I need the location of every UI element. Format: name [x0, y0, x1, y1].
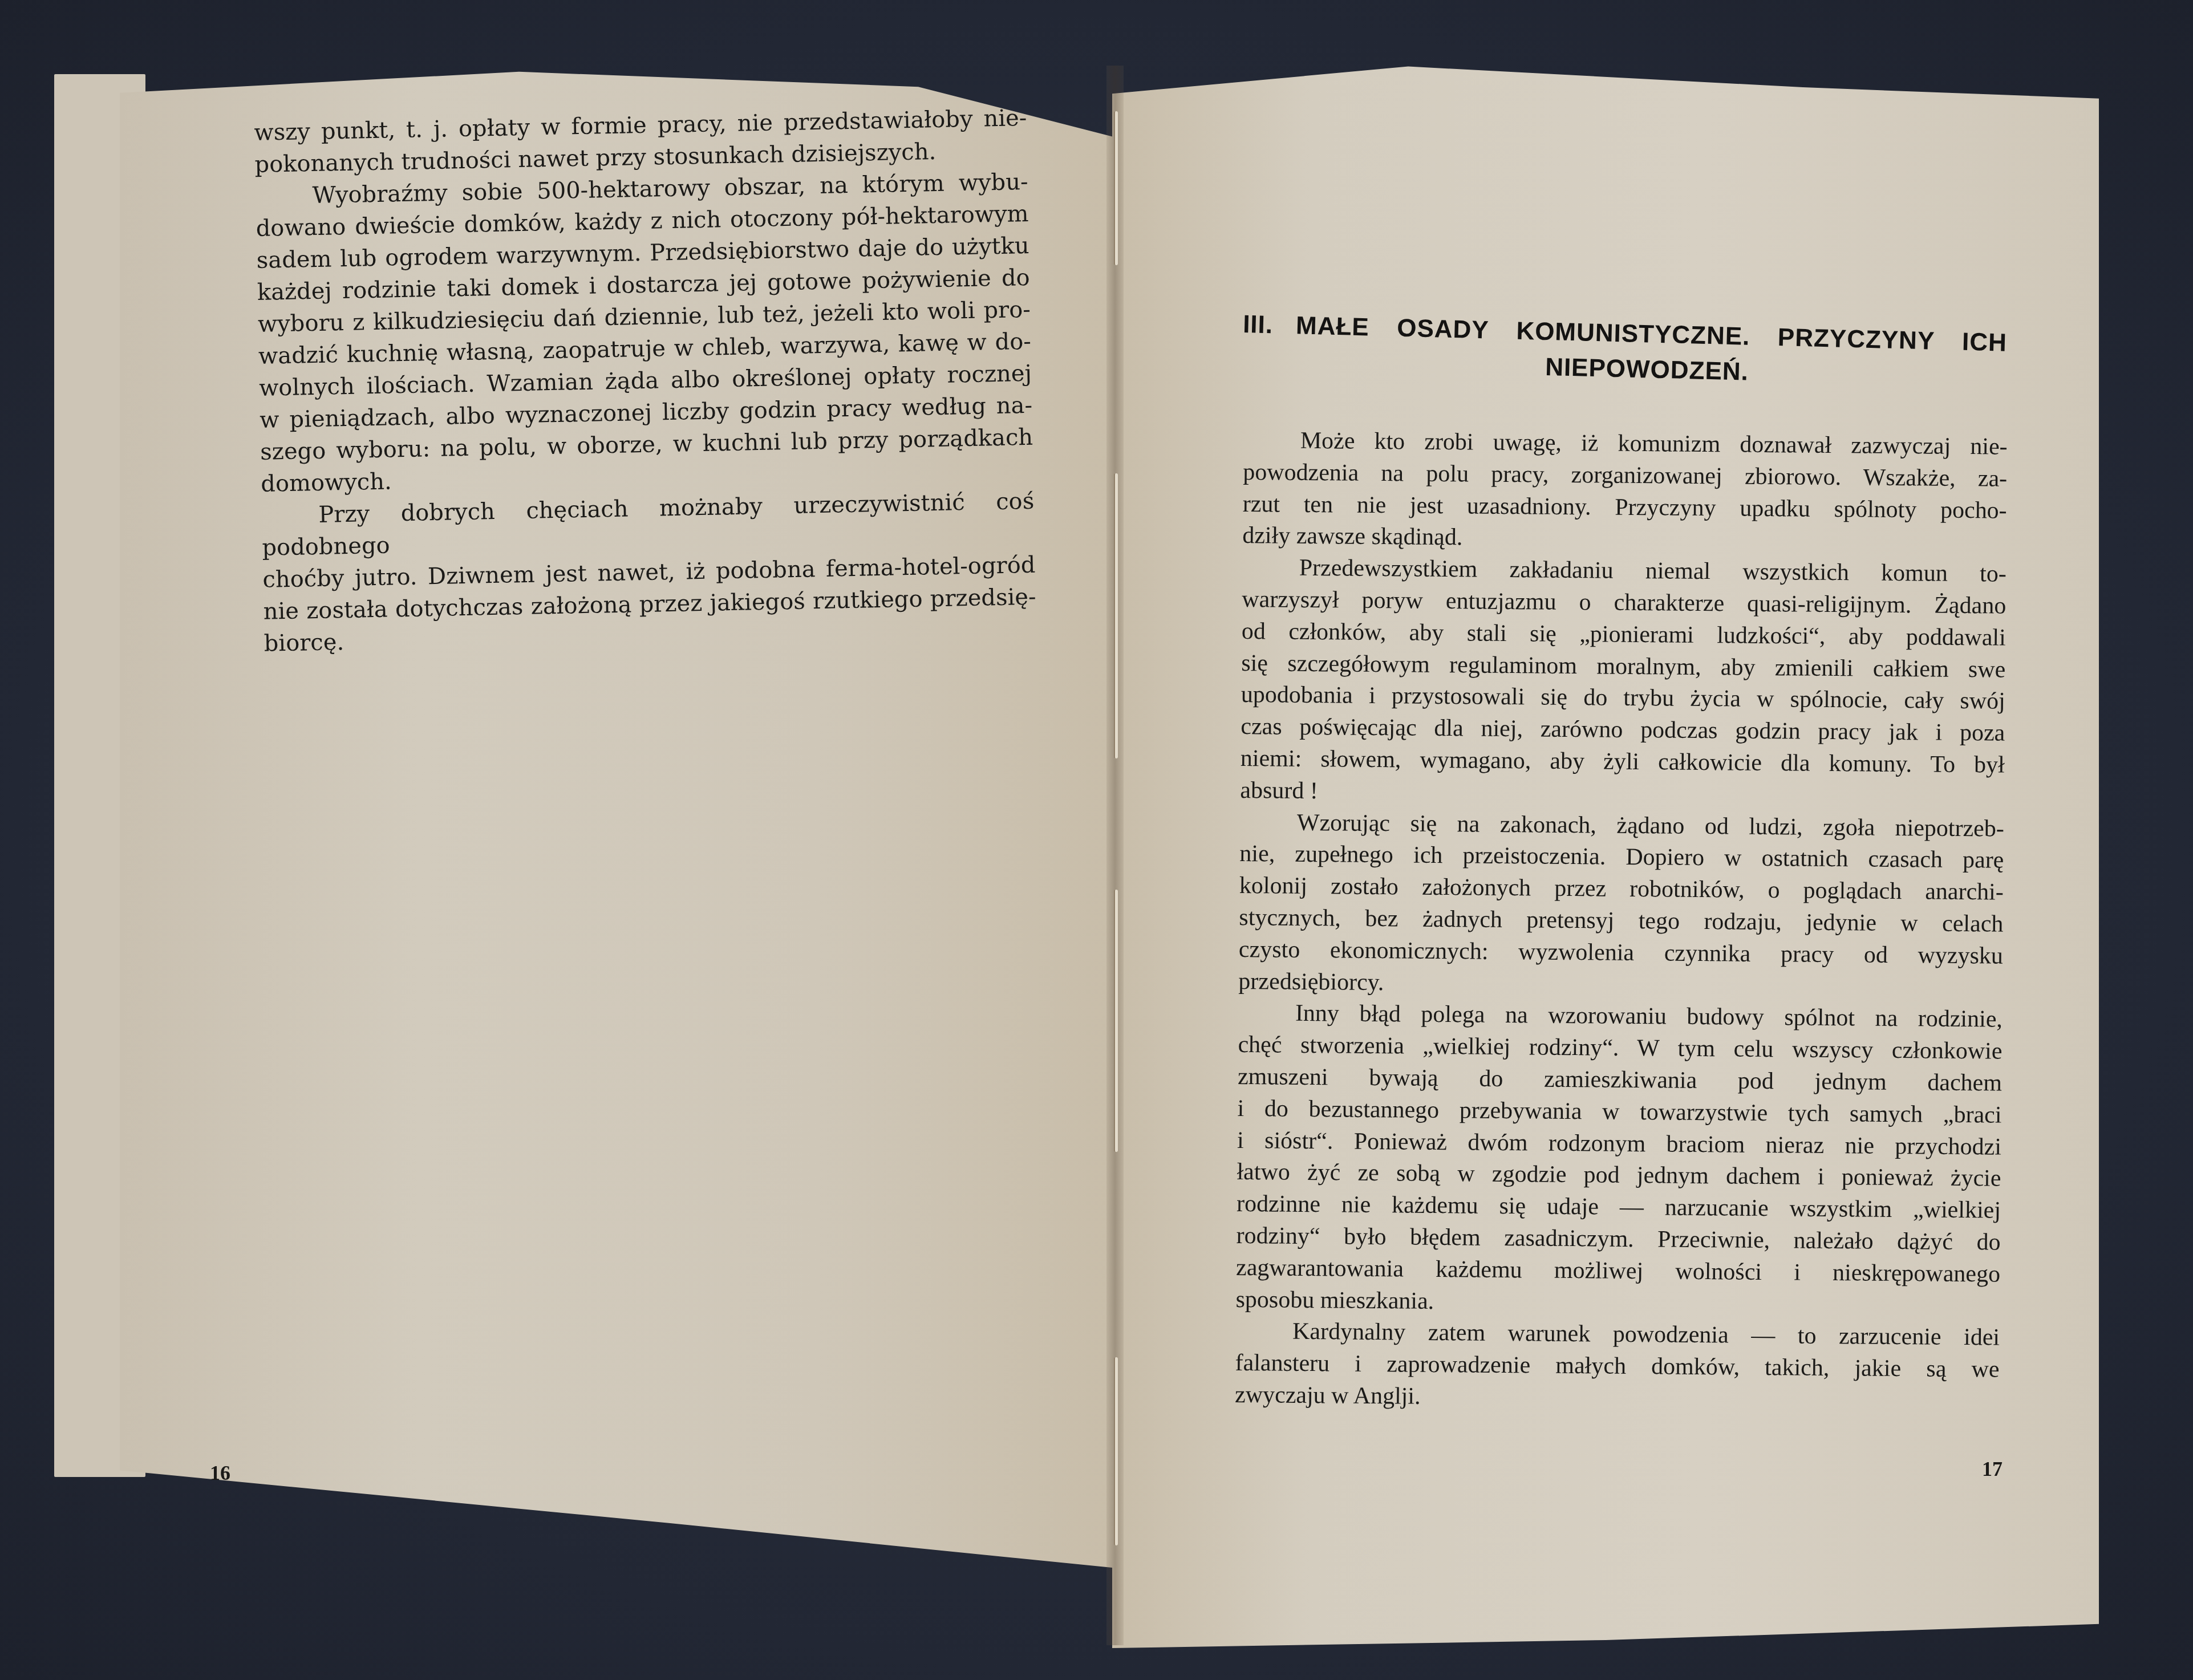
- text-line: zwyczaju w Anglji.: [1235, 1379, 1999, 1418]
- binding-thread-icon: [1114, 111, 1118, 265]
- chapter-number: III.: [1243, 310, 1274, 339]
- text-line: niemi: słowem, wymagano, aby żyli całkow…: [1241, 743, 2005, 781]
- right-page-body: Może kto zrobi uwagę, iż komunizm doznaw…: [1235, 425, 2008, 1418]
- paragraph: Przy dobrych chęciach możnaby urzeczywis…: [261, 485, 1037, 660]
- page-number-right: 17: [1982, 1457, 2003, 1481]
- paragraph: Wyobraźmy sobie 500-hektarowy obszar, na…: [255, 166, 1034, 500]
- paragraph: Wzorując się na zakonach, żądano od ludz…: [1238, 807, 2004, 1004]
- paragraph: Inny błąd polega na wzorowaniu budowy sp…: [1235, 997, 2003, 1322]
- binding-thread-icon: [1114, 890, 1118, 1152]
- binding-thread-icon: [1114, 1357, 1118, 1545]
- paragraph: Kardynalny zatem warunek powodzenia — to…: [1235, 1316, 2000, 1418]
- binding-thread-icon: [1114, 473, 1118, 758]
- open-book-spread: wszy punkt, t. j. opłaty w formie pracy,…: [0, 0, 2193, 1680]
- paragraph: Może kto zrobi uwagę, iż komunizm doznaw…: [1242, 425, 2008, 559]
- page-number-left: 16: [210, 1461, 230, 1485]
- paragraph: Przedewszystkiem zakładaniu niemal wszys…: [1240, 552, 2006, 813]
- left-page-body: wszy punkt, t. j. opłaty w formie pracy,…: [254, 102, 1037, 660]
